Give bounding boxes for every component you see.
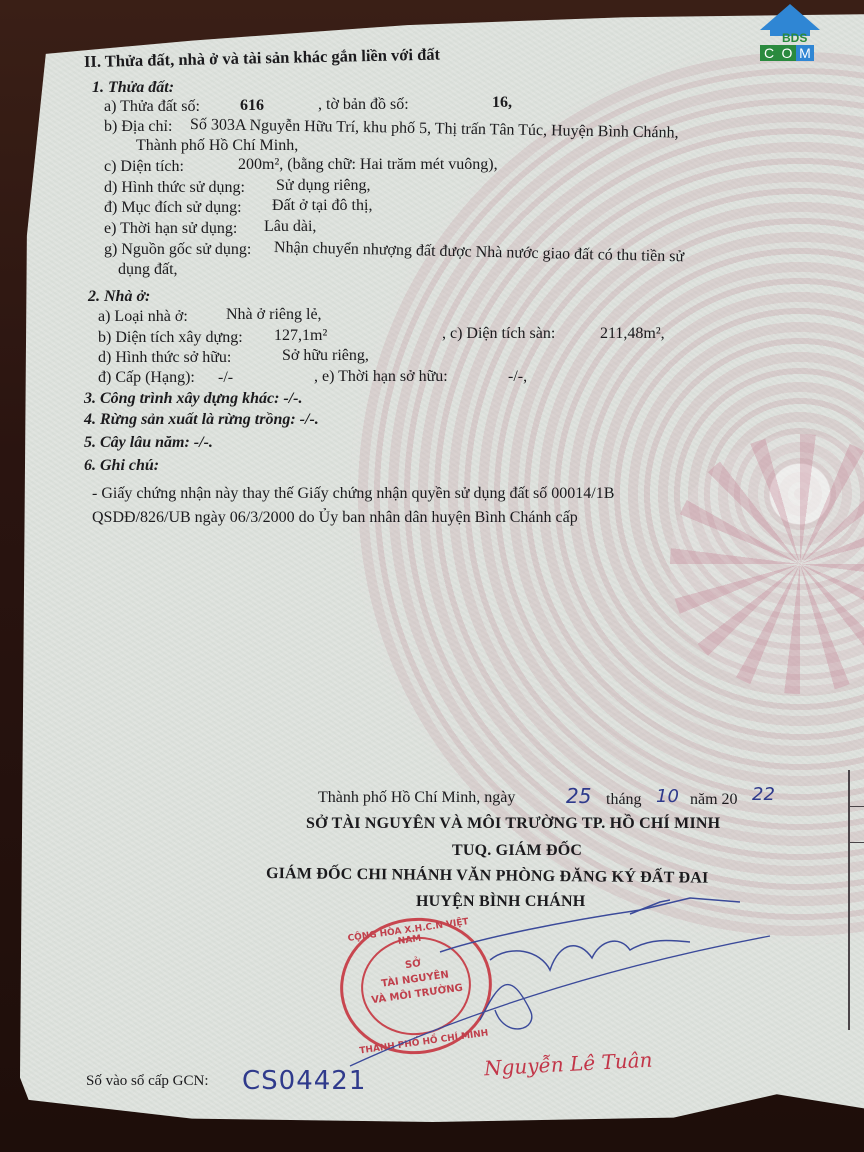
built-area-label: b) Diện tích xây dựng: xyxy=(98,330,243,346)
usage-form-label: d) Hình thức sử dụng: xyxy=(104,180,245,196)
signing-month: 10 xyxy=(656,788,679,806)
planted-forest-item: 4. Rừng sản xuất là rừng trồng: -/-. xyxy=(84,412,319,428)
parcel-label: a) Thửa đất số: xyxy=(104,99,200,115)
floor-area-label: , c) Diện tích sàn: xyxy=(442,326,555,342)
area-value: 200m², (bằng chữ: Hai trăm mét vuông), xyxy=(238,157,498,173)
authority-line2: TUQ. GIÁM ĐỐC xyxy=(452,843,582,859)
built-area-value: 127,1m² xyxy=(274,328,327,344)
usage-form-value: Sử dụng riêng, xyxy=(276,178,370,194)
house-roof-icon xyxy=(760,4,820,30)
origin-value-line2: dụng đất, xyxy=(118,262,178,278)
signing-year-suffix: 22 xyxy=(752,786,775,804)
notes-line1: - Giấy chứng nhận này thay thế Giấy chứn… xyxy=(92,486,614,502)
land-heading: 1. Thửa đất: xyxy=(92,80,174,96)
area-label: c) Diện tích: xyxy=(104,159,184,175)
house-type-value: Nhà ở riêng lẻ, xyxy=(226,307,322,323)
own-term-value: -/-, xyxy=(508,369,527,385)
year-label: năm 20 xyxy=(690,792,738,808)
parcel-value: 616 xyxy=(240,98,264,114)
authority-line1: SỞ TÀI NGUYÊN VÀ MÔI TRƯỜNG TP. HỒ CHÍ M… xyxy=(306,816,720,832)
signing-day: 25 xyxy=(566,786,591,806)
term-label: e) Thời hạn sử dụng: xyxy=(104,221,237,237)
house-heading: 2. Nhà ở: xyxy=(88,289,150,305)
floor-area-value: 211,48m², xyxy=(600,326,665,342)
address-label: b) Địa chỉ: xyxy=(104,119,172,135)
registry-value: CS04421 xyxy=(242,1068,366,1094)
grade-label: đ) Cấp (Hạng): xyxy=(98,370,195,386)
purpose-label: đ) Mục đích sử dụng: xyxy=(104,200,242,216)
registry-label: Số vào sổ cấp GCN: xyxy=(86,1074,209,1089)
grade-value: -/- xyxy=(218,370,233,386)
logo-com-text: C O M xyxy=(760,45,814,61)
logo-bds-text: BDS xyxy=(782,31,807,45)
ownership-label: d) Hình thức sở hữu: xyxy=(98,350,231,366)
other-construction-item: 3. Công trình xây dựng khác: -/-. xyxy=(84,391,303,407)
map-sheet-label: , tờ bản đồ số: xyxy=(318,97,409,113)
purpose-value: Đất ở tại đô thị, xyxy=(272,198,372,214)
house-type-label: a) Loại nhà ở: xyxy=(98,309,188,325)
month-label: tháng xyxy=(606,792,642,808)
place-date-prefix: Thành phố Hồ Chí Minh, ngày xyxy=(318,790,515,806)
notes-heading: 6. Ghi chú: xyxy=(84,458,159,474)
address-line2: Thành phố Hồ Chí Minh, xyxy=(136,138,298,154)
origin-label: g) Nguồn gốc sử dụng: xyxy=(104,242,251,258)
term-value: Lâu dài, xyxy=(264,219,316,235)
map-sheet-value: 16, xyxy=(492,95,512,111)
ownership-value: Sở hữu riêng, xyxy=(282,348,369,364)
site-watermark-logo: BDS C O M xyxy=(758,4,822,62)
perennial-trees-item: 5. Cây lâu năm: -/-. xyxy=(84,435,213,451)
signature-strokes xyxy=(330,880,790,1080)
own-term-label: , e) Thời hạn sở hữu: xyxy=(314,369,448,385)
notes-line2: QSDĐ/826/UB ngày 06/3/2000 do Ủy ban nhâ… xyxy=(92,510,578,526)
page-edge-table-lines xyxy=(848,770,864,1030)
